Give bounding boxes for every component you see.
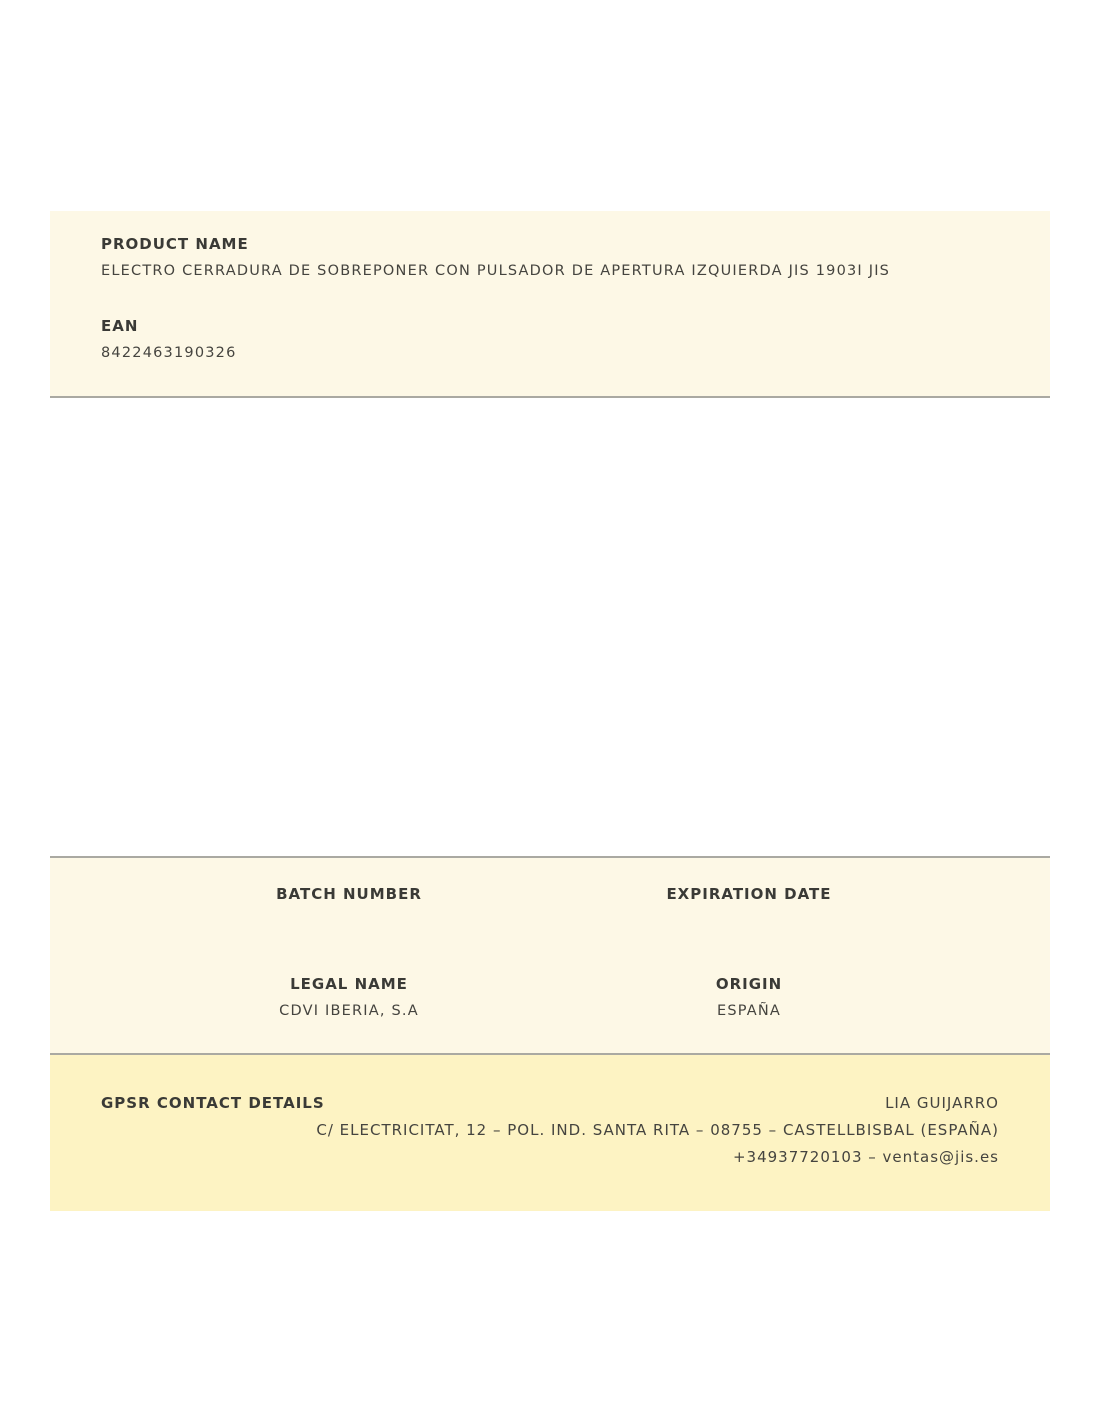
legal-name-label: LEGAL NAME [199, 975, 499, 993]
gpsr-contact-label: GPSR CONTACT DETAILS [101, 1094, 325, 1112]
product-name-label: PRODUCT NAME [101, 235, 999, 253]
contact-phone-email: +34937720103 – ventas@jis.es [316, 1148, 999, 1166]
origin-label: ORIGIN [599, 975, 899, 993]
gpsr-contact-panel: GPSR CONTACT DETAILS LIA GUIJARRO C/ ELE… [50, 1055, 1050, 1211]
product-details-panel: BATCH NUMBER EXPIRATION DATE LEGAL NAME … [50, 856, 1050, 1055]
product-info-panel: PRODUCT NAME ELECTRO CERRADURA DE SOBREP… [50, 211, 1050, 398]
ean-value: 8422463190326 [101, 345, 999, 361]
gpsr-contact-info: LIA GUIJARRO C/ ELECTRICITAT, 12 – POL. … [316, 1094, 999, 1175]
contact-address: C/ ELECTRICITAT, 12 – POL. IND. SANTA RI… [316, 1121, 999, 1139]
legal-name-field: LEGAL NAME CDVI IBERIA, S.A [199, 975, 499, 1019]
ean-label: EAN [101, 317, 999, 335]
batch-number-label: BATCH NUMBER [199, 885, 499, 903]
legal-name-value: CDVI IBERIA, S.A [199, 1003, 499, 1019]
origin-value: ESPAÑA [599, 1003, 899, 1019]
batch-number-field: BATCH NUMBER [199, 885, 499, 913]
product-name-value: ELECTRO CERRADURA DE SOBREPONER CON PULS… [101, 263, 999, 279]
origin-field: ORIGIN ESPAÑA [599, 975, 899, 1019]
expiration-date-label: EXPIRATION DATE [599, 885, 899, 903]
expiration-date-field: EXPIRATION DATE [599, 885, 899, 913]
contact-name: LIA GUIJARRO [316, 1094, 999, 1112]
